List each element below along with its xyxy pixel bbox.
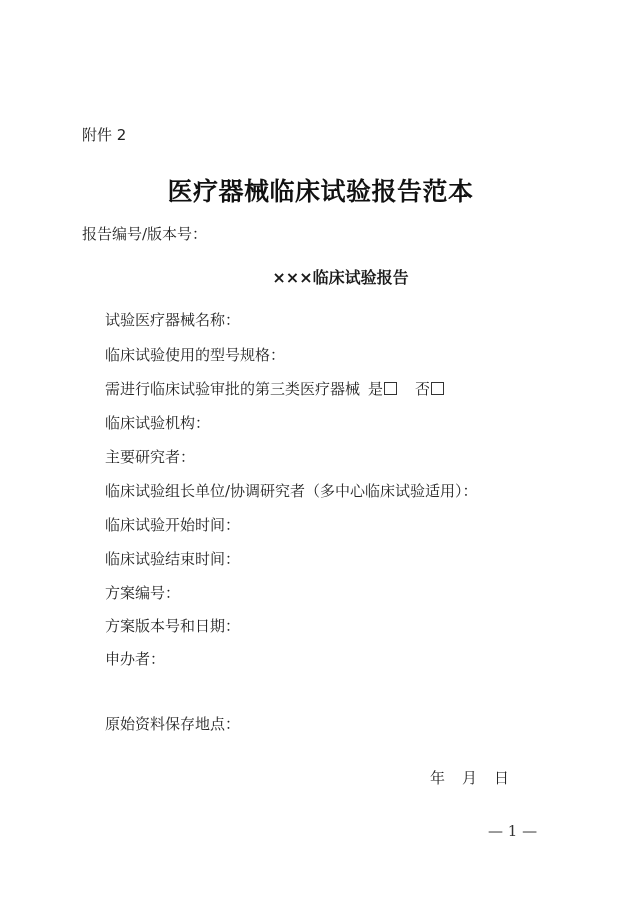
field-records-location: 原始资料保存地点： [105,713,240,734]
field-start-time: 临床试验开始时间： [105,514,240,535]
document-title: 医疗器械临床试验报告范本 [0,172,641,208]
field-class3-approval: 需进行临床试验审批的第三类医疗器械是否 [105,378,444,399]
field-end-time: 临床试验结束时间： [105,548,240,569]
field-device-name: 试验医疗器械名称： [105,309,240,330]
approval-no-label: 否 [415,380,430,398]
field-class3-approval-label: 需进行临床试验审批的第三类医疗器械 [105,380,360,398]
date-month: 月 [462,769,477,787]
report-number-label: 报告编号/版本号： [82,223,207,244]
attachment-label: 附件 2 [82,124,126,145]
report-heading: ×××临床试验报告 [0,265,641,288]
date-day: 日 [494,769,509,787]
field-trial-institution: 临床试验机构： [105,412,210,433]
field-principal-investigator: 主要研究者： [105,446,195,467]
page-number: — 1 — [488,822,537,840]
field-sponsor: 申办者： [105,648,165,669]
date-line: 年月日 [430,767,509,788]
approval-yes-label: 是 [368,380,383,398]
field-protocol-number: 方案编号： [105,582,180,603]
date-year: 年 [430,769,445,787]
approval-no-checkbox[interactable] [431,382,444,395]
field-lead-unit: 临床试验组长单位/协调研究者（多中心临床试验适用）： [105,480,478,501]
approval-yes-checkbox[interactable] [384,382,397,395]
field-model-spec: 临床试验使用的型号规格： [105,344,285,365]
field-protocol-version-date: 方案版本号和日期： [105,615,240,636]
